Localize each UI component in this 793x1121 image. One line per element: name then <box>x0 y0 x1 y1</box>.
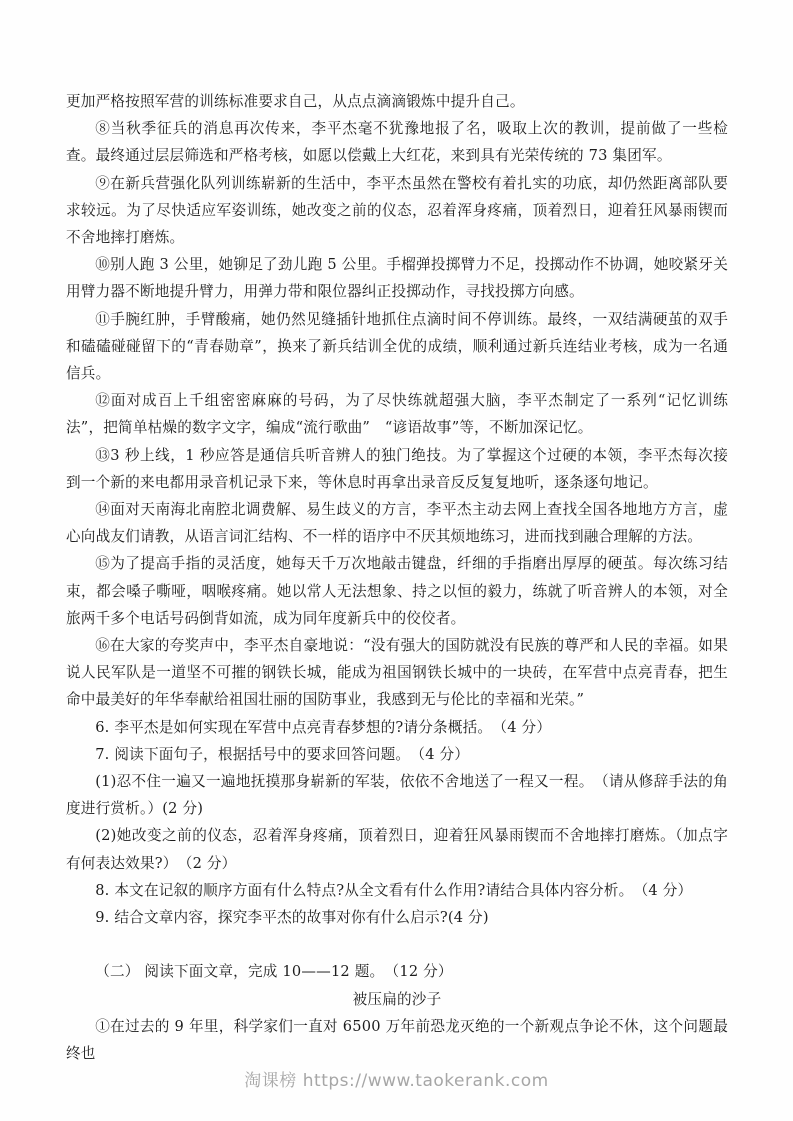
article-title: 被压扁的沙子 <box>66 986 728 1013</box>
article-paragraph-1: ①在过去的 9 年里，科学家们一直对 6500 万年前恐龙灭绝的一个新观点争论不… <box>66 1013 728 1067</box>
question-7-sub-1: (1)忍不住一遍又一遍地抚摸那身崭新的军装，依依不舍地送了一程又一程。 （请从修… <box>66 768 728 822</box>
body-paragraph-12: ⑫面对成百上千组密密麻麻的号码，为了尽快练就超强大脑，李平杰制定了一系列“记忆训… <box>66 387 728 441</box>
body-paragraph-14: ⑭面对天南海北南腔北调费解、易生歧义的方言，李平杰主动去网上查找全国各地地方方言… <box>66 496 728 550</box>
watermark-footer: 淘课榜https://www.taokerank.com <box>0 1066 793 1091</box>
body-paragraph-9: ⑨在新兵营强化队列训练崭新的生活中，李平杰虽然在警校有着扎实的功底，却仍然距离部… <box>66 170 728 252</box>
question-8: 8. 本文在记叙的顺序方面有什么特点?从全文看有什么作用?请结合具体内容分析。 … <box>66 877 728 904</box>
footer-site-name: 淘课榜 <box>244 1071 297 1091</box>
body-paragraph-13: ⑬3 秒上线，1 秒应答是通信兵听音辨人的独门绝技。为了掌握这个过硬的本领，李平… <box>66 442 728 496</box>
question-7: 7. 阅读下面句子，根据括号中的要求回答问题。 （4 分） <box>66 741 728 768</box>
footer-site-url: https://www.taokerank.com <box>303 1071 549 1091</box>
document-content: 更加严格按照军营的训练标准要求自己，从点点滴滴锻炼中提升自己。 ⑧当秋季征兵的消… <box>66 88 728 1067</box>
body-paragraph-10: ⑩别人跑 3 公里，她铆足了劲儿跑 5 公里。手榴弹投掷臂力不足，投掷动作不协调… <box>66 251 728 305</box>
document-page: 更加严格按照军营的训练标准要求自己，从点点滴滴锻炼中提升自己。 ⑧当秋季征兵的消… <box>0 0 793 1121</box>
body-paragraph-11: ⑪手腕红肿，手臂酸痛，她仍然见缝插针地抓住点滴时间不停训练。最终，一双结满硬茧的… <box>66 306 728 388</box>
question-7-sub-2: (2)她改变之前的仪态，忍着浑身疼痛，顶着烈日，迎着狂风暴雨锲而不舍地摔打磨炼。… <box>66 822 728 876</box>
section-two-header: （二） 阅读下面文章，完成 10——12 题。 （12 分） <box>66 958 728 985</box>
question-6: 6. 李平杰是如何实现在军营中点亮青春梦想的?请分条概括。 （4 分） <box>66 714 728 741</box>
question-9: 9. 结合文章内容，探究李平杰的故事对你有什么启示?(4 分) <box>66 904 728 931</box>
body-paragraph-15: ⑮为了提高手指的灵活度，她每天千万次地敲击键盘，纤细的手指磨出厚厚的硬茧。每次练… <box>66 550 728 632</box>
body-continuation-line: 更加严格按照军营的训练标准要求自己，从点点滴滴锻炼中提升自己。 <box>66 88 728 115</box>
body-paragraph-16: ⑯在大家的夸奖声中，李平杰自豪地说：“没有强大的国防就没有民族的尊严和人民的幸福… <box>66 632 728 714</box>
body-paragraph-8: ⑧当秋季征兵的消息再次传来，李平杰毫不犹豫地报了名，吸取上次的教训，提前做了一些… <box>66 115 728 169</box>
